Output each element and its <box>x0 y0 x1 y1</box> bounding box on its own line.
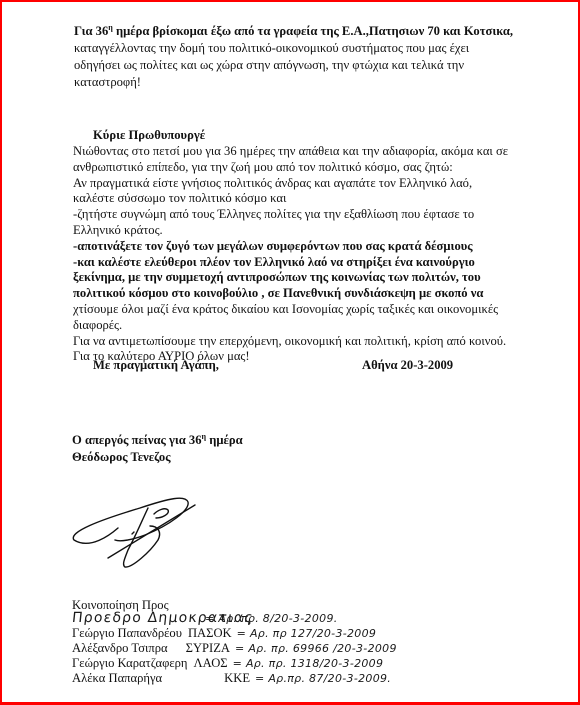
body-line: ανθρωπιστικό επίπεδο, για την ζωή μου απ… <box>73 159 453 176</box>
body-line: καλέστε σύσσωμο τον πολιτικό κόσμο και <box>73 190 286 207</box>
recipient-row: Αλέκα ΠαπαρήγαΚΚΕ= Αρ.πρ. 87/20-3-2009. <box>72 671 391 686</box>
body-line: -αποτινάξετε τον ζυγό των μεγάλων συμφερ… <box>73 238 473 255</box>
signer-title-text: Ο απεργός πείνας για 36 <box>72 433 202 447</box>
intro-text: Για 36 <box>74 24 108 38</box>
body-line: χτίσουμε όλοι μαζί ένα κράτος δικαίου κα… <box>73 301 498 318</box>
signer-title-text: ημέρα <box>206 433 243 447</box>
recipient-row: Γεώργιο ΠαπανδρέουΠΑΣΟΚ= Αρ. πρ 127/20-3… <box>72 626 376 641</box>
recipient-row: Αλέξανδρο ΤσιπραΣΥΡΙΖΑ= Αρ. πρ. 69966 /2… <box>72 641 397 656</box>
recipient-name: Γεώργιο Παπανδρέου <box>72 626 182 641</box>
signer-title: Ο απεργός πείνας για 36η ημέρα <box>72 432 243 449</box>
body-line: ξεκίνημα, με την συμμετοχή αντιπροσώπων … <box>73 269 481 286</box>
intro-line-2: καταγγέλλοντας την δομή του πολιτικό-οικ… <box>74 40 469 57</box>
recipient-row: Προεδρο Δημοκρατιας= Αρ. πρ. 8/20-3-2009… <box>72 611 338 626</box>
recipient-protocol-number: = Αρ. πρ. 1318/20-3-2009 <box>233 657 384 670</box>
intro-text: ημέρα βρίσκομαι έξω από τα γραφεία της Ε… <box>113 24 513 38</box>
handwritten-signature <box>70 480 210 580</box>
recipient-row: Γεώργιο ΚαρατζαφερηΛΑΟΣ= Αρ. πρ. 1318/20… <box>72 656 383 671</box>
recipient-party: ΛΑΟΣ <box>194 656 228 670</box>
recipient-protocol-number: = Αρ. πρ. 69966 /20-3-2009 <box>235 642 397 655</box>
body-line: -ζητήστε συγνώμη από τους Έλληνες πολίτε… <box>73 206 474 223</box>
body-line: διαφορές. <box>73 317 122 334</box>
body-line: Αν πραγματικά είστε γνήσιος πολιτικός άν… <box>73 175 472 192</box>
salutation: Κύριε Πρωθυπουργέ <box>93 127 205 144</box>
intro-line-4: καταστροφή! <box>74 74 141 91</box>
recipient-name: Προεδρο Δημοκρατιας <box>71 611 201 626</box>
body-line: Ελληνικό κράτος. <box>73 222 163 239</box>
intro-line-1: Για 36η ημέρα βρίσκομαι έξω από τα γραφε… <box>74 23 513 40</box>
body-line: -και καλέστε ελεύθεροι πλέον τον Ελληνικ… <box>73 254 475 271</box>
recipient-protocol-number: = Αρ. πρ 127/20-3-2009 <box>237 627 377 640</box>
signer-name: Θεόδωρος Τενεζος <box>72 449 171 466</box>
recipient-party: ΣΥΡΙΖΑ <box>186 641 230 655</box>
recipient-name: Γεώργιο Καρατζαφερη <box>72 656 188 671</box>
body-line: Για να αντιμετωπίσουμε την επερχόμενη, ο… <box>73 333 506 350</box>
letter-document: Για 36η ημέρα βρίσκομαι έξω από τα γραφε… <box>0 0 580 705</box>
recipient-name: Αλέκα Παπαρήγα <box>72 671 162 686</box>
place-date: Αθήνα 20-3-2009 <box>362 357 453 374</box>
body-line: πολιτικού κόσμου στο κοινοβούλιο , σε Πα… <box>73 285 483 302</box>
closing: Με πραγματική Αγάπη, <box>93 357 219 374</box>
recipient-party: ΠΑΣΟΚ <box>188 626 232 640</box>
recipient-protocol-number: = Αρ.πρ. 87/20-3-2009. <box>255 672 391 685</box>
body-line: Νιώθοντας στο πετσί μου για 36 ημέρες τη… <box>73 143 508 160</box>
intro-line-3: οδηγήσει ως πολίτες και ως χώρα στην από… <box>74 57 464 74</box>
recipient-name: Αλέξανδρο Τσιπρα <box>72 641 168 656</box>
recipient-party: ΚΚΕ <box>224 671 250 685</box>
